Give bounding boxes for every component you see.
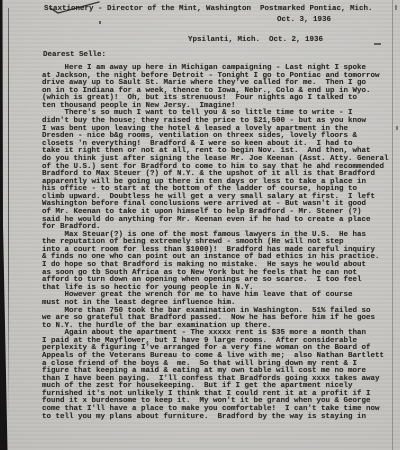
ink-speck	[99, 21, 101, 24]
ink-speck	[374, 43, 381, 45]
postmark-date: Oct. 3, 1936	[277, 17, 331, 25]
letter-paragraph: More than 750 took the bar examination i…	[42, 308, 389, 331]
letter-paragraph: However great the wrench for me to have …	[42, 292, 389, 307]
letter-paragraph: Again about the apartment - The xxxxx re…	[42, 330, 389, 421]
ink-speck	[396, 126, 398, 130]
letter-paragraph: Max Steuar(?) is one of the most famous …	[42, 232, 389, 293]
letter-dateline: Ypsilanti, Mich. Oct. 2, 1936	[188, 37, 323, 45]
stationery-annotation-line: Staxtionery - Director of the Mint, Wash…	[44, 6, 373, 14]
scanned-letter-page: Staxtionery - Director of the Mint, Wash…	[0, 0, 400, 450]
ink-speck	[395, 5, 397, 10]
letter-salutation: Dearest Selle:	[43, 52, 106, 60]
letter-paragraph: There's so much I want to tell you & so …	[42, 110, 389, 231]
letter-body: Here I am away up here in Michigan campa…	[42, 65, 389, 421]
page-edge-right	[392, 0, 393, 450]
letter-paragraph: Here I am away up here in Michigan campa…	[42, 65, 389, 110]
page-crease-line	[8, 8, 9, 418]
